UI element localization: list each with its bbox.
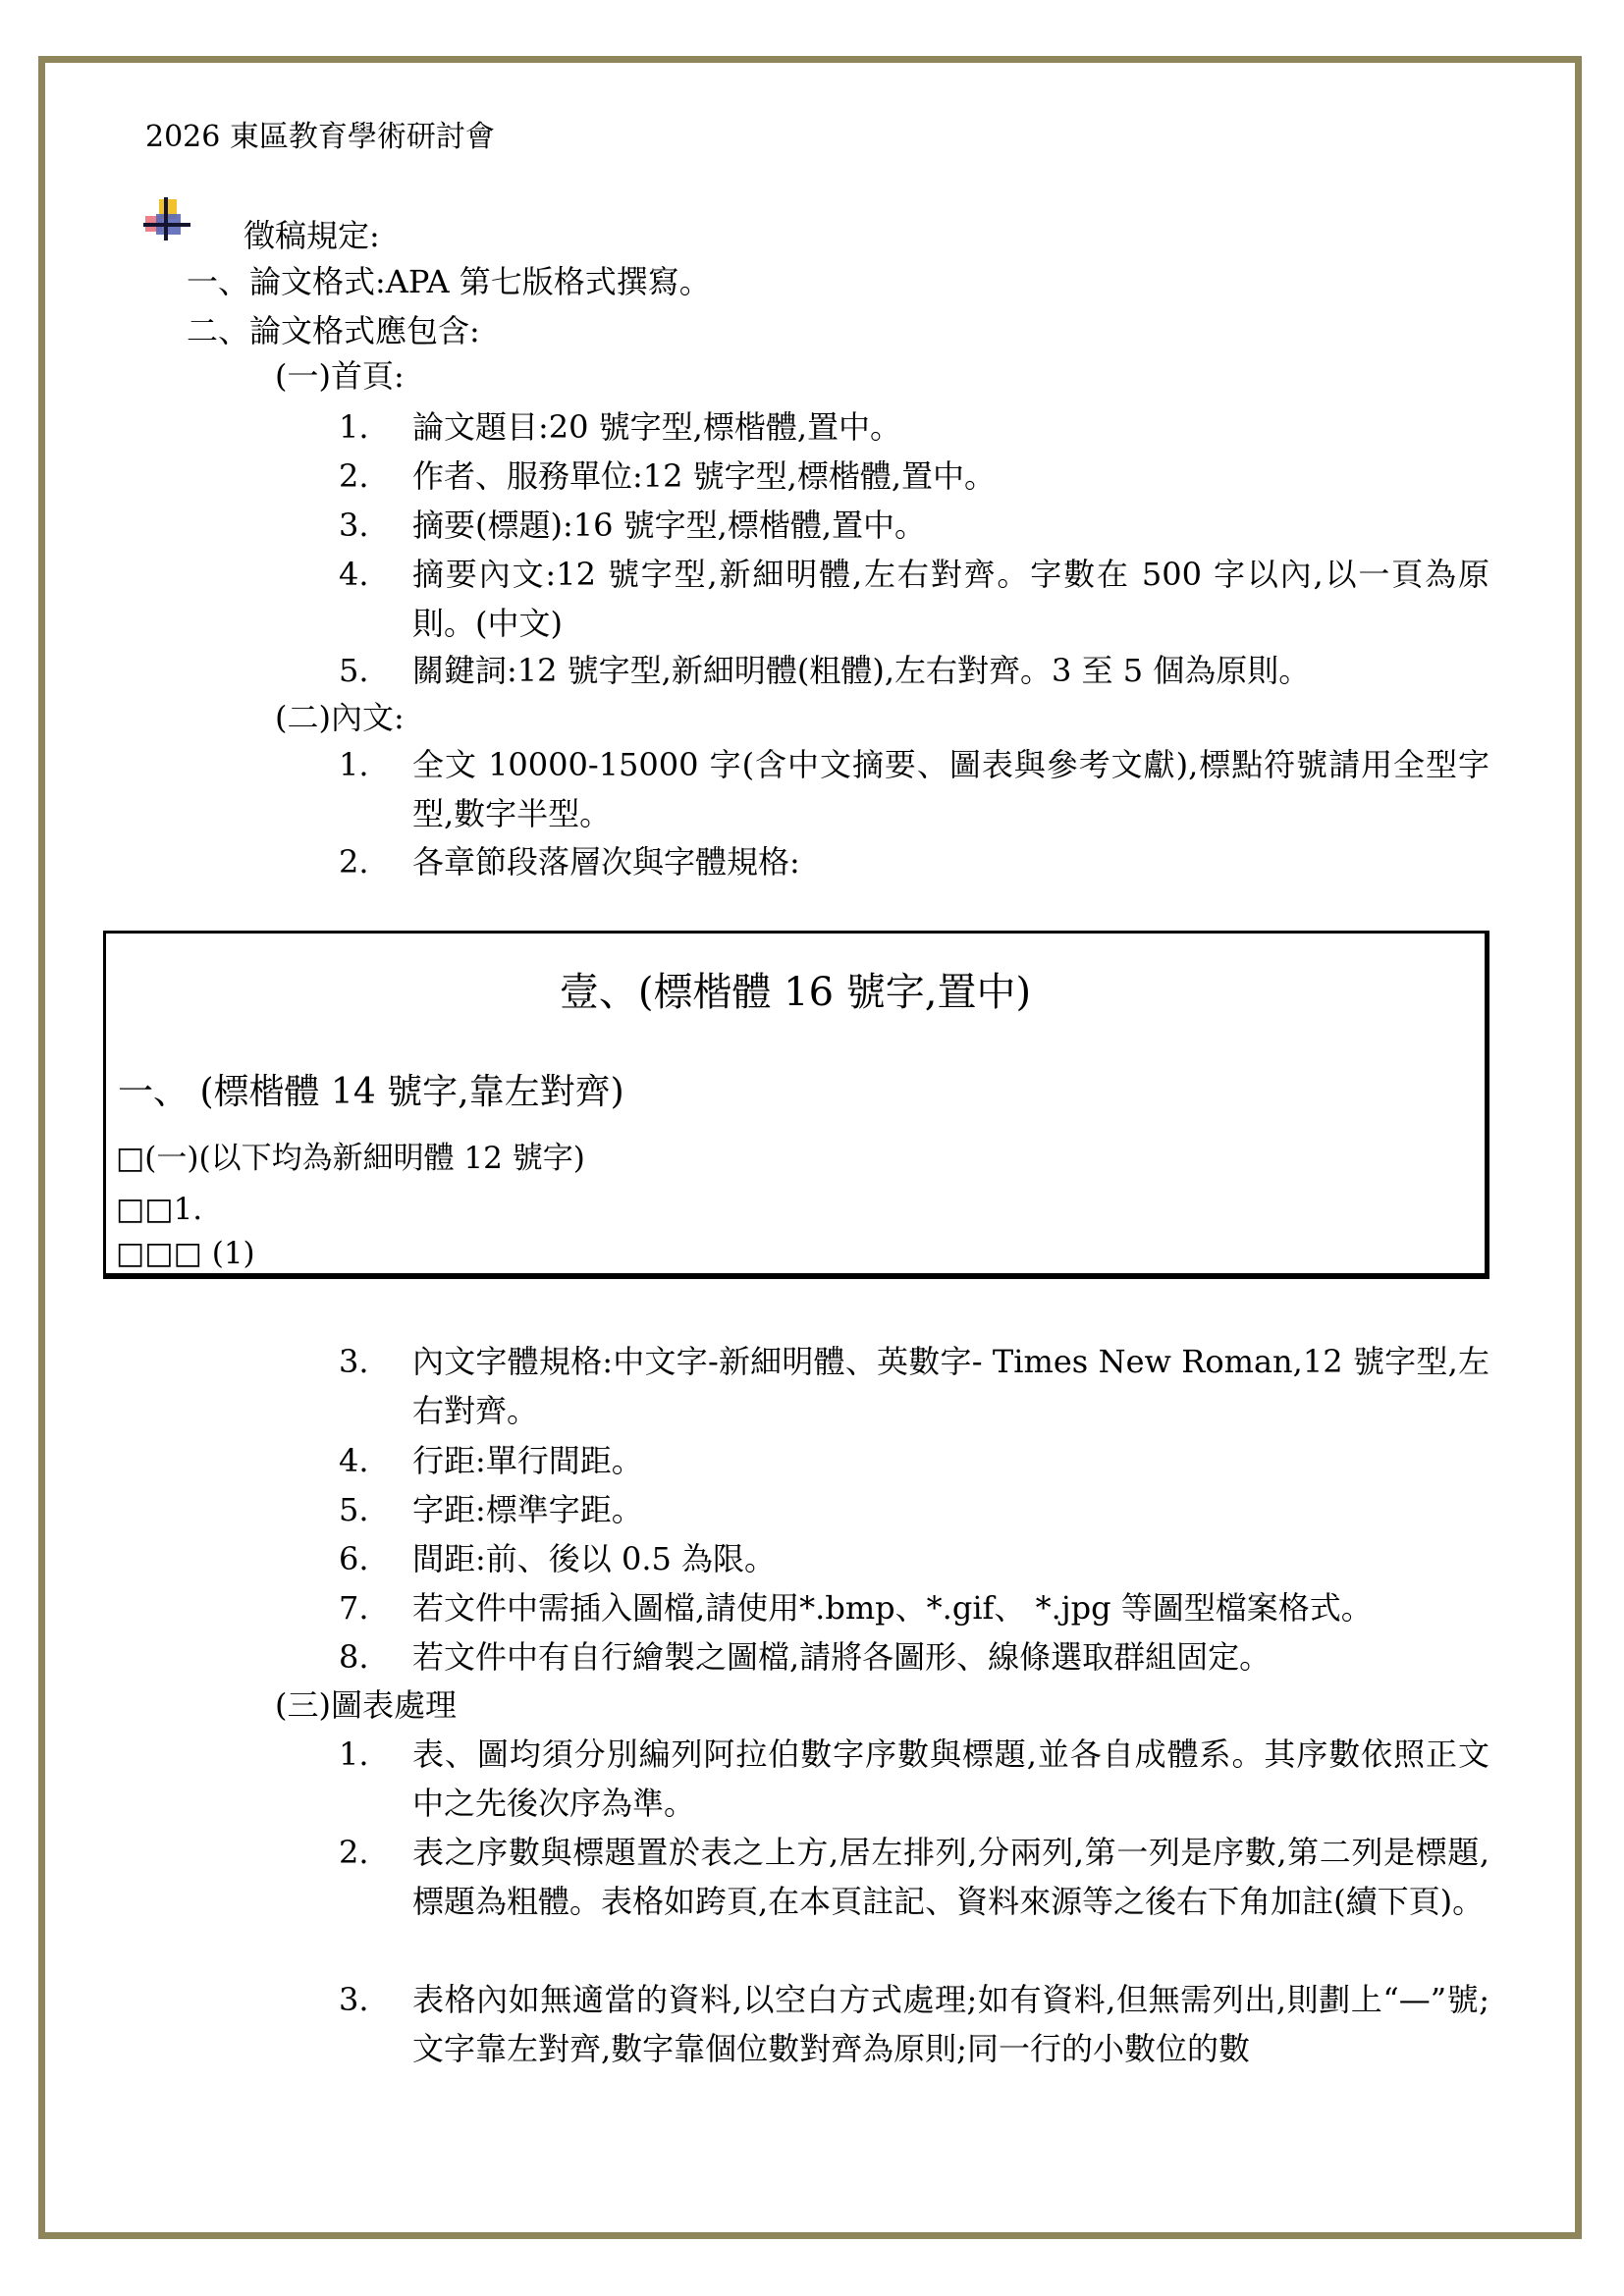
list-item: 8. 若文件中有自行繪製之圖檔,請將各圖形、線條選取群組固定。	[339, 1632, 1489, 1682]
list-item-number: 2.	[339, 837, 369, 886]
list-item-number: 1.	[339, 402, 369, 452]
list-item-text: 全文 10000-15000 字(含中文摘要、圖表與參考文獻),標點符號請用全型…	[412, 740, 1489, 838]
list-item: 1. 表、圖均須分別編列阿拉伯數字序數與標題,並各自成體系。其序數依照正文中之先…	[339, 1730, 1489, 1828]
list-item: 3. 內文字體規格:中文字-新細明體、英數字- Times New Roman,…	[339, 1337, 1489, 1435]
sample-line-1: □(一)(以下均為新細明體 12 號字)	[116, 1138, 585, 1179]
list-item-text: 表、圖均須分別編列阿拉伯數字序數與標題,並各自成體系。其序數依照正文中之先後次序…	[412, 1730, 1489, 1828]
list-item-text: 間距:前、後以 0.5 為限。	[412, 1534, 1489, 1583]
list-item-number: 6.	[339, 1534, 369, 1583]
list-item-text: 關鍵詞:12 號字型,新細明體(粗體),左右對齊。3 至 5 個為原則。	[412, 646, 1489, 695]
word-bullet-icon	[143, 197, 190, 240]
list-item-text: 論文題目:20 號字型,標楷體,置中。	[412, 402, 1489, 452]
list-item-text: 摘要(標題):16 號字型,標楷體,置中。	[412, 501, 1489, 550]
bullet-cross-vertical	[164, 197, 168, 240]
rule-1: 一、論文格式:APA 第七版格式撰寫。	[187, 257, 711, 306]
list-item-number: 4.	[339, 550, 369, 599]
list-item: 2. 各章節段落層次與字體規格:	[339, 837, 1489, 886]
list-item-text: 字距:標準字距。	[412, 1485, 1489, 1534]
list-item-text: 各章節段落層次與字體規格:	[412, 837, 1489, 886]
sample-heading: 一、 (標楷體 14 號字,靠左對齊)	[118, 1069, 624, 1116]
list-item-text: 作者、服務單位:12 號字型,標楷體,置中。	[412, 452, 1489, 501]
list-item: 3. 表格內如無適當的資料,以空白方式處理;如有資料,但無需列出,則劃上“—”號…	[339, 1975, 1489, 2073]
page-header: 2026 東區教育學術研討會	[145, 118, 495, 157]
list-item: 2. 作者、服務單位:12 號字型,標楷體,置中。	[339, 452, 1489, 501]
list-item-number: 1.	[339, 740, 369, 789]
section-1-heading: (一)首頁:	[275, 351, 405, 400]
list-item: 1. 全文 10000-15000 字(含中文摘要、圖表與參考文獻),標點符號請…	[339, 740, 1489, 838]
format-sample-box: 壹、(標楷體 16 號字,置中) 一、 (標楷體 14 號字,靠左對齊) □(一…	[103, 931, 1489, 1279]
list-item-number: 5.	[339, 1485, 369, 1534]
list-item: 5. 字距:標準字距。	[339, 1485, 1489, 1534]
list-item-number: 1.	[339, 1730, 369, 1779]
list-item-text: 表之序數與標題置於表之上方,居左排列,分兩列,第一列是序數,第二列是標題,標題為…	[412, 1828, 1489, 1926]
list-item-number: 7.	[339, 1583, 369, 1632]
section-2-heading: (二)內文:	[275, 693, 405, 742]
list-item: 6. 間距:前、後以 0.5 為限。	[339, 1534, 1489, 1583]
list-item: 4. 摘要內文:12 號字型,新細明體,左右對齊。字數在 500 字以內,以一頁…	[339, 550, 1489, 648]
list-item-number: 2.	[339, 1828, 369, 1877]
list-item-text: 若文件中有自行繪製之圖檔,請將各圖形、線條選取群組固定。	[412, 1632, 1489, 1682]
list-item-text: 表格內如無適當的資料,以空白方式處理;如有資料,但無需列出,則劃上“—”號;文字…	[412, 1975, 1489, 2073]
sample-line-2: □□1.	[116, 1189, 202, 1230]
list-item: 2. 表之序數與標題置於表之上方,居左排列,分兩列,第一列是序數,第二列是標題,…	[339, 1828, 1489, 1926]
list-item-text: 行距:單行間距。	[412, 1436, 1489, 1485]
list-item-text: 摘要內文:12 號字型,新細明體,左右對齊。字數在 500 字以內,以一頁為原則…	[412, 550, 1489, 648]
list-item: 5. 關鍵詞:12 號字型,新細明體(粗體),左右對齊。3 至 5 個為原則。	[339, 646, 1489, 695]
list-item-number: 8.	[339, 1632, 369, 1682]
list-item-number: 3.	[339, 1337, 369, 1386]
list-item-text: 內文字體規格:中文字-新細明體、英數字- Times New Roman,12 …	[412, 1337, 1489, 1435]
document-page: 2026 東區教育學術研討會 徵稿規定: 一、論文格式:APA 第七版格式撰寫。…	[0, 0, 1624, 2296]
callout-label: 徵稿規定:	[244, 214, 380, 257]
list-item-number: 4.	[339, 1436, 369, 1485]
list-item: 4. 行距:單行間距。	[339, 1436, 1489, 1485]
sample-title: 壹、(標楷體 16 號字,置中)	[106, 967, 1485, 1018]
list-item-number: 5.	[339, 646, 369, 695]
section-3-heading: (三)圖表處理	[275, 1681, 457, 1730]
list-item-number: 3.	[339, 501, 369, 550]
list-item-number: 3.	[339, 1975, 369, 2024]
list-item: 7. 若文件中需插入圖檔,請使用*.bmp、*.gif、 *.jpg 等圖型檔案…	[339, 1583, 1489, 1632]
list-item-text: 若文件中需插入圖檔,請使用*.bmp、*.gif、 *.jpg 等圖型檔案格式。	[412, 1583, 1489, 1632]
list-item: 3. 摘要(標題):16 號字型,標楷體,置中。	[339, 501, 1489, 550]
list-item-number: 2.	[339, 452, 369, 501]
sample-line-3: □□□ (1)	[116, 1233, 255, 1274]
rule-2: 二、論文格式應包含:	[187, 306, 480, 355]
list-item: 1. 論文題目:20 號字型,標楷體,置中。	[339, 402, 1489, 452]
bullet-cross-horizontal	[143, 223, 190, 227]
